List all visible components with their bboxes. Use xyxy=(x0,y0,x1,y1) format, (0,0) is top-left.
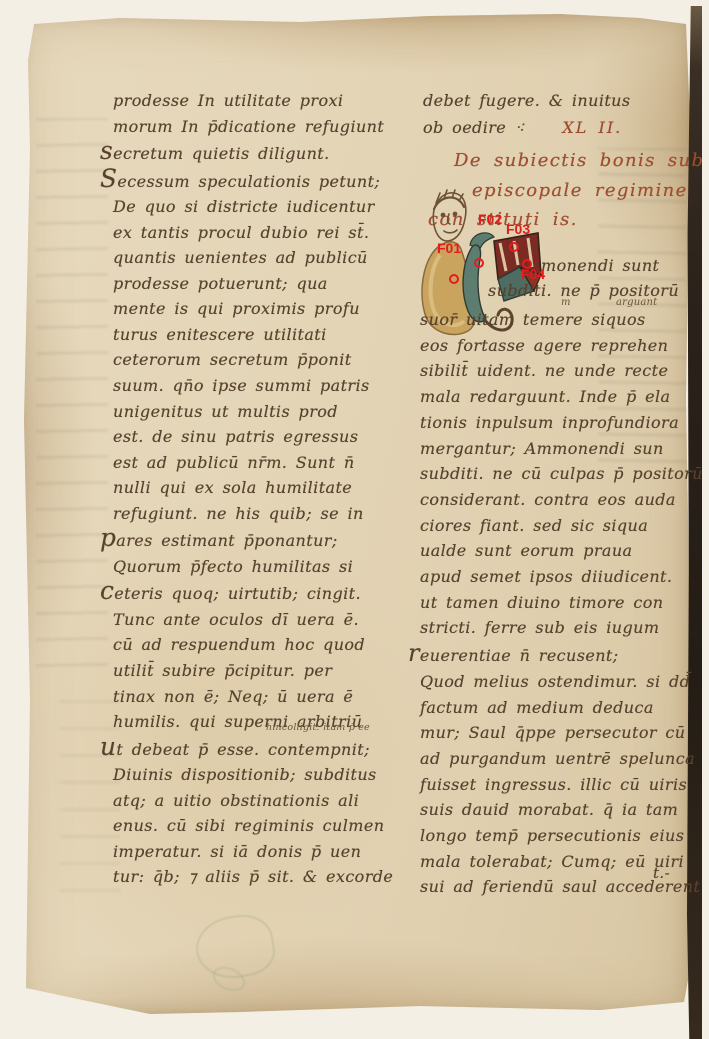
text-line: De quo si districte iudicentur xyxy=(113,194,405,220)
text-line: utilit̄ subire p̄cipitur. per xyxy=(113,658,405,684)
text-line: quantis uenientes ad publicū xyxy=(113,245,405,271)
text-line: nulli qui ex sola humilitate xyxy=(113,475,405,501)
annotation-circle-F02 xyxy=(474,258,484,268)
right-column-top: debet fugere. & inuitus ob oedire ⁖XL II… xyxy=(423,88,693,141)
annotation-label-F01: F01 xyxy=(437,241,461,255)
left-text-column: prodesse In utilitate proximorum In p̄di… xyxy=(113,88,405,890)
text-line: fuisset ingressus. illic cū uiris xyxy=(420,772,698,798)
text-line: tinax non ē; Neq; ū uera ē xyxy=(113,684,405,710)
text-line: mur; Saul q̄ppe persecutor cū xyxy=(420,720,698,746)
text-line: reuerentiae n̄ recusent; xyxy=(420,641,698,669)
text-line: ciores fiant. sed sic siqua xyxy=(420,513,698,539)
annotation-label-F02: F02 xyxy=(478,212,502,226)
text-line: est ad publicū nr̄m. Sunt n̄ xyxy=(113,450,405,476)
text-line: suis dauid morabat. q̄ ia tam xyxy=(420,797,698,823)
text-line: monendi sunt xyxy=(541,256,659,275)
text-line: mergantur; Ammonendi sun xyxy=(420,436,698,462)
text-line: Secessum speculationis petunt; xyxy=(113,167,405,195)
text-line: unigenitus ut multis prod xyxy=(113,399,405,425)
text-line: turus enitescere utilitati xyxy=(113,322,405,348)
annotation-circle-F01 xyxy=(449,274,459,284)
text-line: longo temp̄ persecutionis eius xyxy=(420,823,698,849)
text-line: cū ad respuendum hoc quod xyxy=(113,632,405,658)
text-line: ut tamen diuino timore con xyxy=(420,590,698,616)
text-line: prodesse In utilitate proxi xyxy=(113,88,405,114)
rubric-line: De subiectis bonis sub xyxy=(454,146,696,176)
text-line: ad purgandum uentrē spelunca xyxy=(420,746,698,772)
text-line: pares estimant p̄ponantur; xyxy=(113,526,405,554)
manuscript-photo: prodesse In utilitate proximorum In p̄di… xyxy=(0,0,709,1039)
text-line: ceterorum secretum p̄ponit xyxy=(113,347,405,373)
text-line: est. de sinu patris egressus xyxy=(113,424,405,450)
text-line: considerant. contra eos auda xyxy=(420,487,698,513)
text-line: ut debeat p̄ esse. contempnit; xyxy=(113,735,405,763)
text-line: mala redarguunt. Inde p̄ ela xyxy=(420,384,698,410)
catchword-flourish: t.- xyxy=(653,864,670,882)
text-line: debet fugere. & inuitus xyxy=(423,88,693,115)
chapter-number: XL II. xyxy=(562,118,622,137)
text-line: tionis inpulsum inprofundiora xyxy=(420,410,698,436)
text-line: enus. cū sibi regiminis culmen xyxy=(113,813,405,839)
text-line: imperatur. si iā donis p̄ uen xyxy=(113,839,405,865)
text-line: refugiunt. ne his quib; se in xyxy=(113,501,405,527)
text-line: ualde sunt eorum praua xyxy=(420,538,698,564)
text-line: Quod melius ostendimur. si dd̄ xyxy=(420,669,698,695)
right-text-column: suor̄ uitam temere siquoseos fortasse ag… xyxy=(420,307,698,900)
annotation-label-F03: F03 xyxy=(506,222,530,236)
text-line: subditi. ne cū culpas p̄ positorū xyxy=(420,461,698,487)
annotation-label-F04: F04 xyxy=(521,267,545,281)
text-line: atq; a uitio obstinationis ali xyxy=(113,788,405,814)
text-line: ex tantis procul dubio rei st̄. xyxy=(113,220,405,246)
text-line: apud semet ipsos diiudicent. xyxy=(420,564,698,590)
interlinear-gloss-left: hincolligit: itam p̄ ee xyxy=(266,722,370,733)
annotation-circle-F03 xyxy=(509,242,519,252)
text-line: suum. qn̄o ipse summi patris xyxy=(113,373,405,399)
text-line: stricti. ferre sub eis iugum xyxy=(420,615,698,641)
text-line: Tunc ante oculos dī uera ē. xyxy=(113,607,405,633)
text-line: sibilit̄ uident. ne unde recte xyxy=(420,358,698,384)
text-line: mente is qui proximis profu xyxy=(113,296,405,322)
text-line: factum ad medium deduca xyxy=(420,695,698,721)
text-line: ceteris quoq; uirtutib; cingit. xyxy=(113,579,405,607)
text-run: ob oedire ⁖ xyxy=(423,118,524,137)
text-line: ob oedire ⁖XL II. xyxy=(423,115,693,142)
annotation-circle-F04 xyxy=(522,259,532,269)
text-line: Diuinis dispositionib; subditus xyxy=(113,762,405,788)
text-line: suor̄ uitam temere siquos xyxy=(420,307,698,333)
text-line: prodesse potuerunt; qua xyxy=(113,271,405,297)
text-line: eos fortasse agere reprehen xyxy=(420,333,698,359)
text-line: Quorum p̄fecto humilitas si xyxy=(113,554,405,580)
text-line: morum In p̄dicatione refugiunt xyxy=(113,114,405,140)
text-line: secretum quietis diligunt. xyxy=(113,139,405,167)
text-line: tur: q̄b; ⁊ aliis p̄ sit. & excorde xyxy=(113,864,405,890)
